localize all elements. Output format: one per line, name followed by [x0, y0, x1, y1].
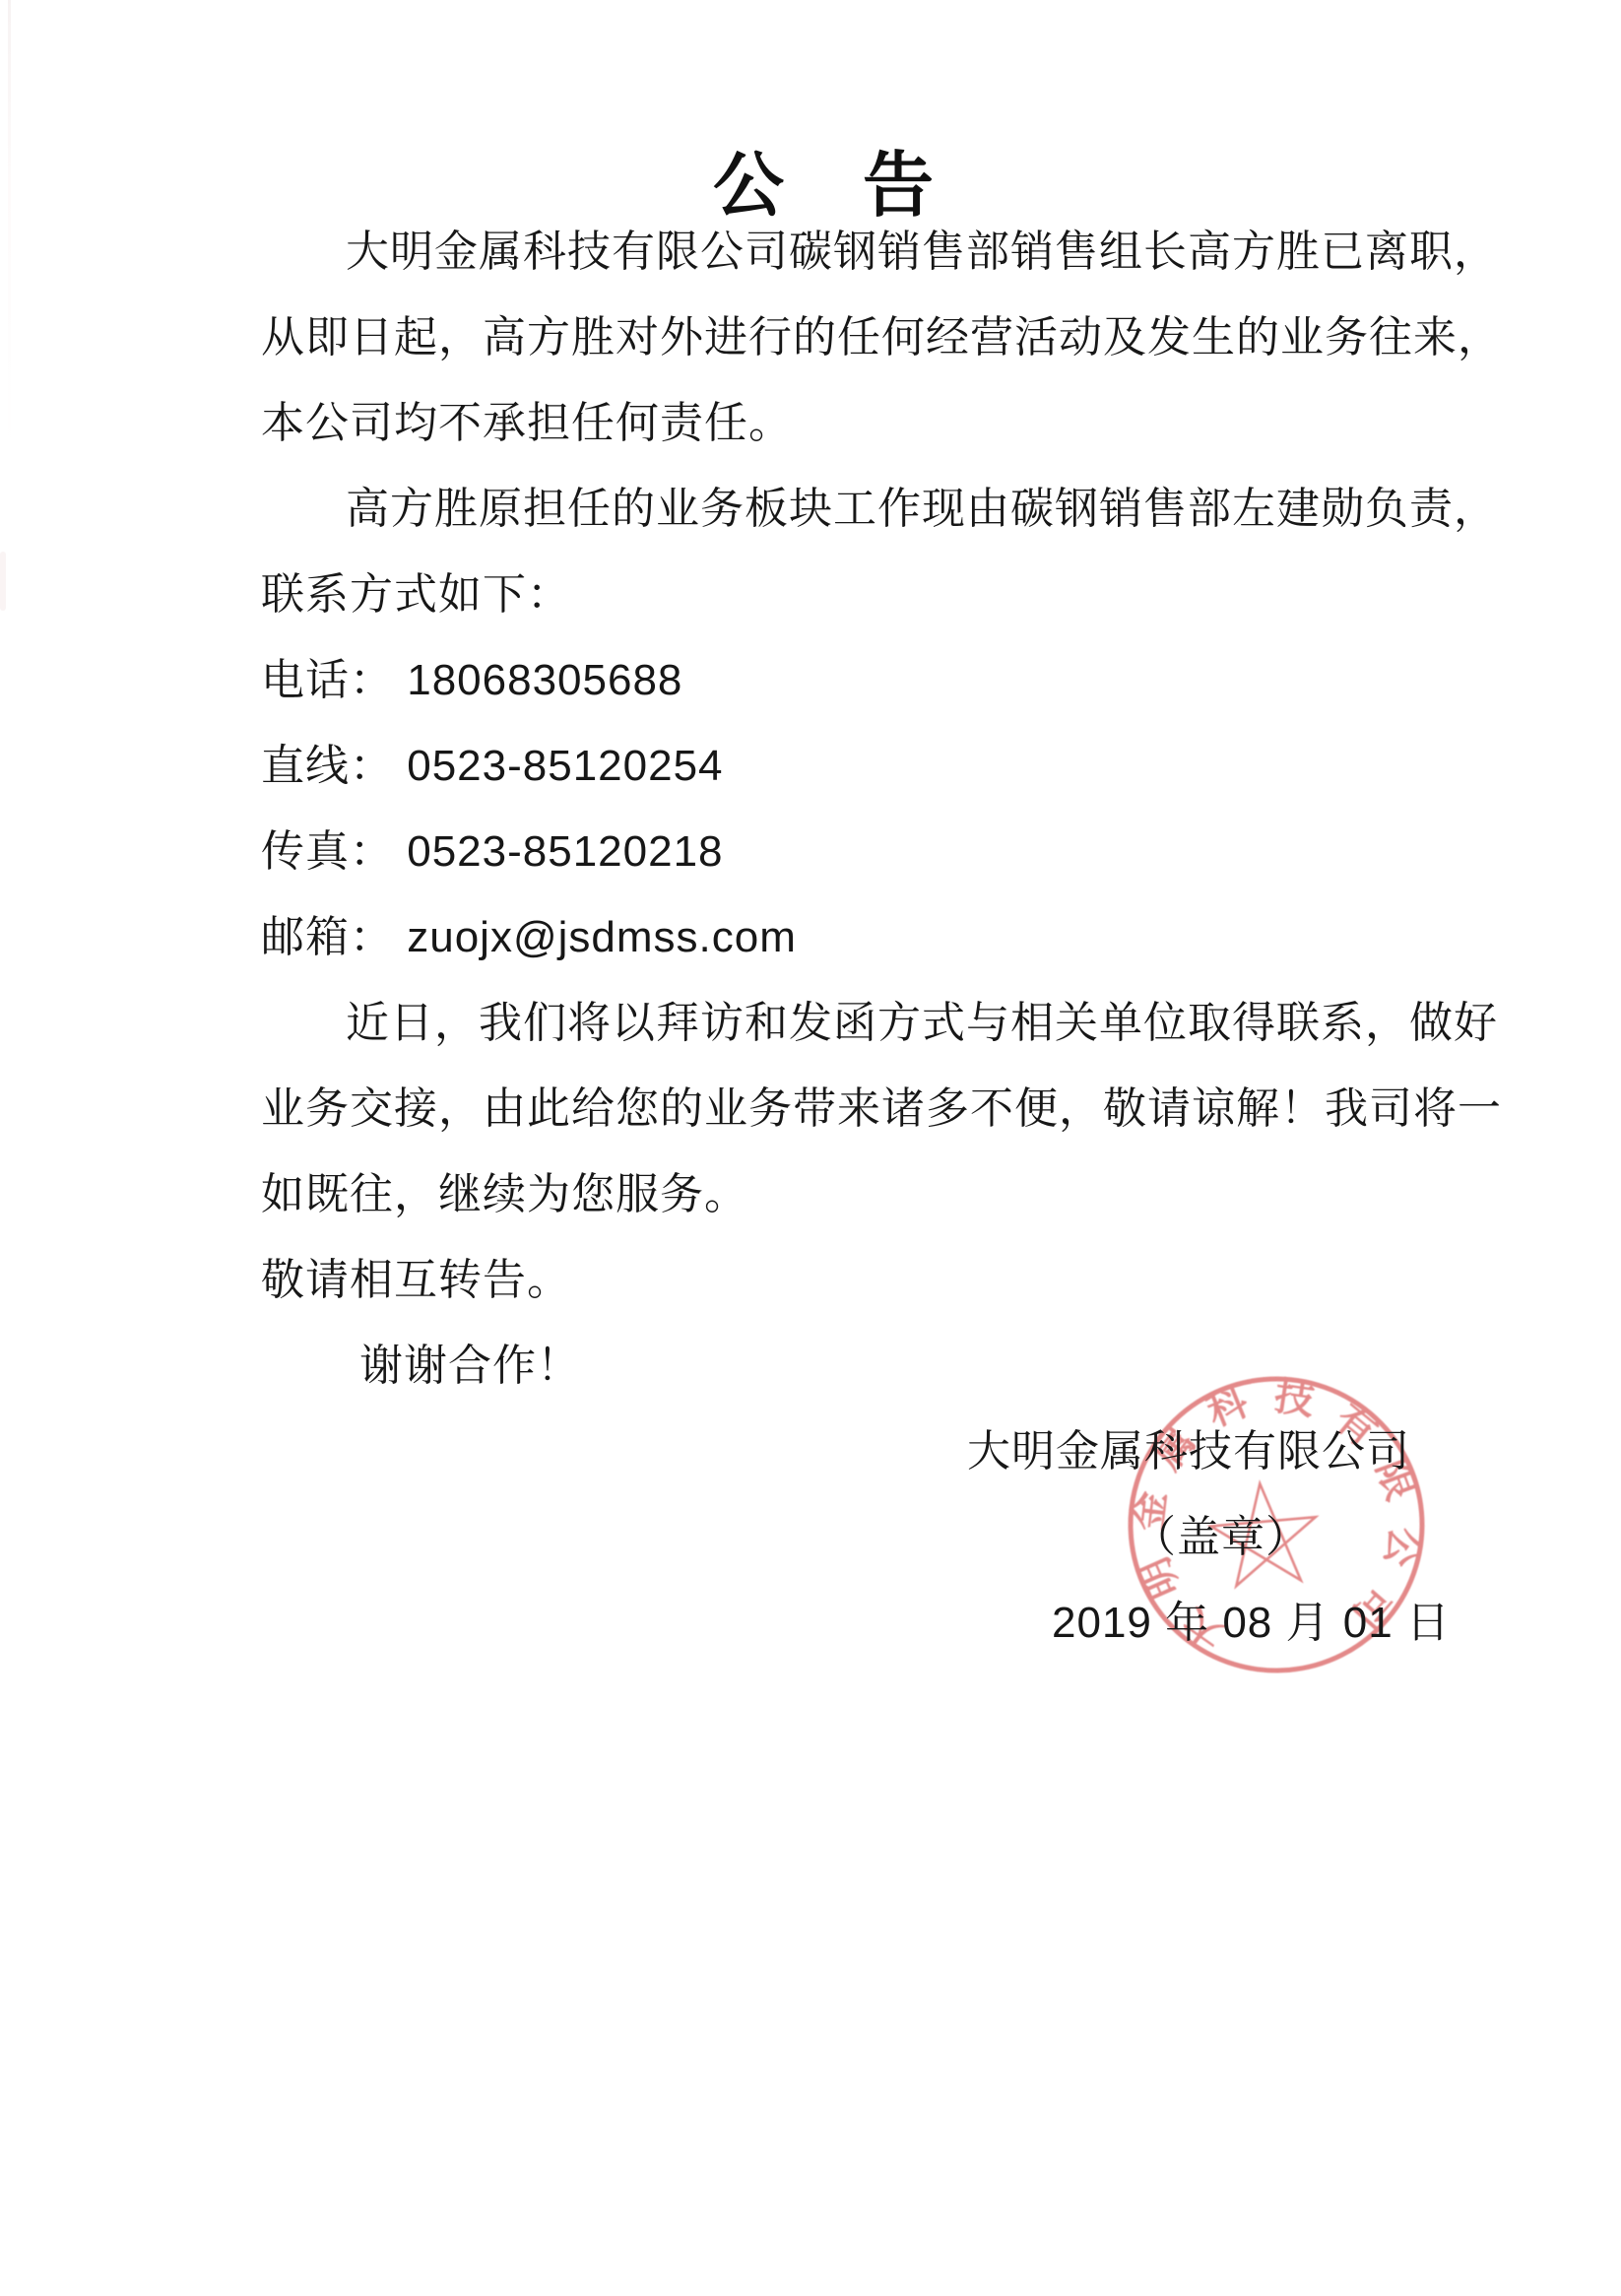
- signature-company: 大明金属科技有限公司: [261, 1409, 1502, 1494]
- closing-thanks-line: 谢谢合作！: [261, 1323, 1502, 1409]
- body-line: 敬请相互转告。: [261, 1237, 1502, 1323]
- signature-seal-note: （盖章）: [261, 1494, 1502, 1580]
- body-line: 大明金属科技有限公司碳钢销售部销售组长高方胜已离职，: [261, 209, 1502, 295]
- contact-email-line: 邮箱： zuojx@jsdmss.com: [261, 894, 1502, 980]
- body-line: 近日，我们将以拜访和发函方式与相关单位取得联系，做好: [261, 980, 1502, 1066]
- body-line: 本公司均不承担任何责任。: [261, 380, 1502, 466]
- contact-fax-line: 传真： 0523-85120218: [261, 809, 1502, 894]
- body-line: 高方胜原担任的业务板块工作现由碳钢销售部左建勋负责，: [261, 466, 1502, 552]
- body-line: 从即日起，高方胜对外进行的任何经营活动及发生的业务往来，: [261, 295, 1502, 380]
- signature-date: 2019 年 08 月 01 日: [261, 1580, 1502, 1666]
- contact-direct-line: 直线： 0523-85120254: [261, 723, 1502, 809]
- notice-body: 大明金属科技有限公司碳钢销售部销售组长高方胜已离职， 从即日起，高方胜对外进行的…: [261, 209, 1502, 1666]
- body-line: 业务交接，由此给您的业务带来诸多不便，敬请谅解！我司将一: [261, 1066, 1502, 1151]
- scanned-notice-page: 大明金属科技有限公司 公 告 大明金属科技有限公司碳钢销售部销售组长高方胜已离职…: [0, 0, 1621, 2296]
- body-line: 如既往，继续为您服务。: [261, 1151, 1502, 1237]
- scan-smudge: [0, 552, 6, 611]
- contact-phone-line: 电话： 18068305688: [261, 637, 1502, 723]
- contact-intro-line: 联系方式如下：: [261, 552, 1502, 637]
